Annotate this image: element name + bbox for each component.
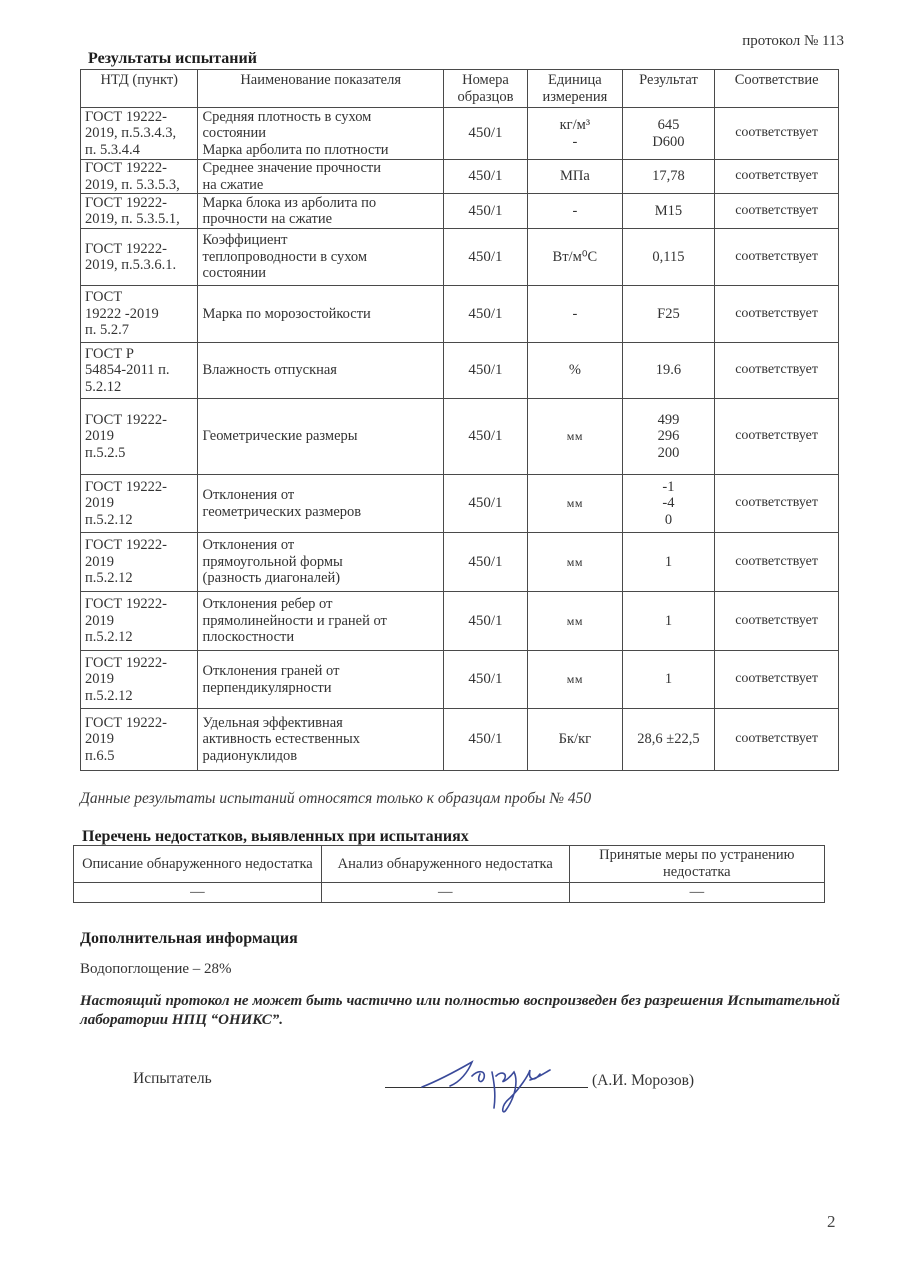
indicator-cell-line: Средняя плотность в сухом — [202, 109, 438, 126]
result-cell-line: -4 — [627, 495, 711, 512]
defects-cell: — — [569, 883, 824, 903]
ntd-cell-line: ГОСТ 19222- — [85, 160, 193, 177]
unit-cell: мм — [528, 475, 623, 533]
ntd-cell: ГОСТ 19222-2019п.5.2.12 — [81, 651, 198, 709]
indicator-cell-line: Коэффициент — [202, 232, 438, 249]
indicator-cell-line: активность естественных — [202, 731, 438, 748]
tester-name: (А.И. Морозов) — [592, 1072, 694, 1090]
defects-title: Перечень недостатков, выявленных при исп… — [82, 828, 469, 846]
indicator-cell-line: Отклонения граней от — [202, 663, 438, 680]
indicator-cell-line: состоянии — [202, 265, 438, 282]
indicator-cell: Марка блока из арболита попрочности на с… — [198, 194, 443, 229]
indicator-cell: Удельная эффективнаяактивность естествен… — [198, 709, 443, 771]
ntd-cell: ГОСТ19222 -2019п. 5.2.7 — [81, 286, 198, 343]
defects-col-description: Описание обнаруженного недостатка — [74, 846, 322, 883]
conformity-cell: соответствует — [715, 108, 839, 160]
sample-cell: 450/1 — [443, 108, 527, 160]
water-absorption: Водопоглощение – 28% — [80, 961, 232, 978]
indicator-cell: Геометрические размеры — [198, 399, 443, 475]
ntd-cell-line: 2019, п.5.3.4.3, — [85, 125, 193, 142]
col-ntd: НТД (пункт) — [81, 70, 198, 108]
ntd-cell-line: ГОСТ 19222- — [85, 195, 193, 212]
table-row: ГОСТ 19222-2019п.6.5Удельная эффективная… — [81, 709, 839, 771]
ntd-cell-line: п. 5.2.7 — [85, 322, 193, 339]
additional-info-title: Дополнительная информация — [80, 930, 298, 948]
result-cell: 1 — [622, 533, 715, 592]
table-row: ГОСТ 19222-2019, п. 5.3.5.3,Среднее знач… — [81, 160, 839, 194]
results-title: Результаты испытаний — [88, 50, 257, 68]
ntd-cell-line: п. 5.3.4.4 — [85, 142, 193, 159]
ntd-cell: ГОСТ 19222-2019п.5.2.12 — [81, 592, 198, 651]
indicator-cell-line: плоскостности — [202, 629, 438, 646]
indicator-cell: Среднее значение прочностина сжатие — [198, 160, 443, 194]
unit-cell: - — [528, 286, 623, 343]
unit-cell-line: - — [532, 134, 618, 151]
ntd-cell-line: 2019, п. 5.3.5.3, — [85, 177, 193, 194]
conformity-cell: соответствует — [715, 709, 839, 771]
indicator-cell-line: Отклонения ребер от — [202, 596, 438, 613]
result-cell: 1 — [622, 651, 715, 709]
indicator-cell: Влажность отпускная — [198, 343, 443, 399]
indicator-cell-line: Марка арболита по плотности — [202, 142, 438, 159]
table-row: ГОСТ 19222-2019, п. 5.3.5.1,Марка блока … — [81, 194, 839, 229]
ntd-cell-line: п.5.2.12 — [85, 629, 193, 646]
indicator-cell-line: Удельная эффективная — [202, 715, 438, 732]
indicator-cell-line: прочности на сжатие — [202, 211, 438, 228]
results-header-row: НТД (пункт) Наименование показателя Номе… — [81, 70, 839, 108]
ntd-cell-line: п.6.5 — [85, 748, 193, 765]
ntd-cell-line: ГОСТ 19222- — [85, 715, 193, 732]
indicator-cell-line: на сжатие — [202, 177, 438, 194]
result-cell: 645D600 — [622, 108, 715, 160]
signature-icon — [410, 1050, 580, 1120]
ntd-cell-line: ГОСТ 19222- — [85, 596, 193, 613]
conformity-cell: соответствует — [715, 475, 839, 533]
result-cell-line: 17,78 — [627, 168, 711, 185]
sample-cell: 450/1 — [443, 533, 527, 592]
unit-cell: мм — [528, 651, 623, 709]
page-number: 2 — [827, 1212, 836, 1232]
ntd-cell: ГОСТ 19222-2019п.5.2.5 — [81, 399, 198, 475]
sample-note: Данные результаты испытаний относятся то… — [80, 790, 591, 808]
conformity-cell: соответствует — [715, 592, 839, 651]
unit-cell-line: мм — [532, 428, 618, 445]
indicator-cell-line: состоянии — [202, 125, 438, 142]
defects-col-analysis: Анализ обнаруженного недостатка — [321, 846, 569, 883]
result-cell: 0,115 — [622, 229, 715, 286]
ntd-cell: ГОСТ 19222-2019, п. 5.3.5.3, — [81, 160, 198, 194]
conformity-cell: соответствует — [715, 160, 839, 194]
indicator-cell-line: перпендикулярности — [202, 680, 438, 697]
defects-header-row: Описание обнаруженного недостатка Анализ… — [74, 846, 825, 883]
ntd-cell-line: п.5.2.12 — [85, 570, 193, 587]
table-row: ГОСТ 19222-2019п.5.2.12Отклонения отпрям… — [81, 533, 839, 592]
sample-cell: 450/1 — [443, 229, 527, 286]
conformity-cell: соответствует — [715, 286, 839, 343]
indicator-cell-line: Отклонения от — [202, 487, 438, 504]
indicator-cell-line: геометрических размеров — [202, 504, 438, 521]
indicator-cell: Отклонения отгеометрических размеров — [198, 475, 443, 533]
unit-cell: мм — [528, 592, 623, 651]
result-cell-line: 0 — [627, 512, 711, 529]
indicator-cell-line: Среднее значение прочности — [202, 160, 438, 177]
result-cell: 19.6 — [622, 343, 715, 399]
table-row: ГОСТ Р54854-2011 п.5.2.12Влажность отпус… — [81, 343, 839, 399]
ntd-cell-line: 2019, п. 5.3.5.1, — [85, 211, 193, 228]
unit-cell-line: кг/м³ — [532, 117, 618, 134]
indicator-cell: Отклонения граней отперпендикулярности — [198, 651, 443, 709]
result-cell: -1-40 — [622, 475, 715, 533]
table-row: ГОСТ 19222-2019п.5.2.12Отклонения отгеом… — [81, 475, 839, 533]
indicator-cell-line: теплопроводности в сухом — [202, 249, 438, 266]
result-cell: М15 — [622, 194, 715, 229]
result-cell-line: 200 — [627, 445, 711, 462]
table-row: ГОСТ 19222-2019п.5.2.12Отклонения граней… — [81, 651, 839, 709]
result-cell-line: 19.6 — [627, 362, 711, 379]
indicator-cell: Коэффициенттеплопроводности в сухомсосто… — [198, 229, 443, 286]
disclaimer: Настоящий протокол не может быть частичн… — [80, 992, 840, 1030]
conformity-cell: соответствует — [715, 343, 839, 399]
defects-row: — — — — [74, 883, 825, 903]
protocol-number: протокол № 113 — [742, 33, 844, 50]
unit-cell-line: мм — [532, 554, 618, 571]
conformity-cell: соответствует — [715, 399, 839, 475]
indicator-cell: Марка по морозостойкости — [198, 286, 443, 343]
result-cell-line: 645 — [627, 117, 711, 134]
table-row: ГОСТ19222 -2019п. 5.2.7Марка по морозост… — [81, 286, 839, 343]
col-conformity: Соответствие — [715, 70, 839, 108]
result-cell-line: 1 — [627, 554, 711, 571]
unit-cell-line: МПа — [532, 168, 618, 185]
ntd-cell: ГОСТ 19222-2019п.6.5 — [81, 709, 198, 771]
unit-cell-line: - — [532, 203, 618, 220]
sample-cell: 450/1 — [443, 160, 527, 194]
ntd-cell-line: 5.2.12 — [85, 379, 193, 396]
sample-cell: 450/1 — [443, 709, 527, 771]
defects-cell: — — [321, 883, 569, 903]
table-row: ГОСТ 19222-2019п.5.2.12Отклонения ребер … — [81, 592, 839, 651]
indicator-cell-line: Отклонения от — [202, 537, 438, 554]
ntd-cell: ГОСТ 19222-2019п.5.2.12 — [81, 475, 198, 533]
unit-cell-line: Бк/кг — [532, 731, 618, 748]
ntd-cell-line: 2019 — [85, 554, 193, 571]
result-cell: F25 — [622, 286, 715, 343]
conformity-cell: соответствует — [715, 651, 839, 709]
ntd-cell: ГОСТ 19222-2019, п.5.3.6.1. — [81, 229, 198, 286]
sample-cell: 450/1 — [443, 475, 527, 533]
indicator-cell: Отклонения отпрямоугольной формы(разност… — [198, 533, 443, 592]
indicator-cell: Средняя плотность в сухомсостоянииМарка … — [198, 108, 443, 160]
unit-cell-line: % — [532, 362, 618, 379]
result-cell-line: 0,115 — [627, 249, 711, 266]
indicator-cell-line: (разность диагоналей) — [202, 570, 438, 587]
ntd-cell-line: 2019 — [85, 495, 193, 512]
ntd-cell: ГОСТ 19222-2019, п.5.3.4.3, п. 5.3.4.4 — [81, 108, 198, 160]
defects-col-measures: Принятые меры по устранению недостатка — [569, 846, 824, 883]
ntd-cell-line: 2019, п.5.3.6.1. — [85, 257, 193, 274]
result-cell: 28,6 ±22,5 — [622, 709, 715, 771]
indicator-cell-line: радионуклидов — [202, 748, 438, 765]
unit-cell-line: мм — [532, 495, 618, 512]
sample-cell: 450/1 — [443, 194, 527, 229]
unit-cell-line: мм — [532, 671, 618, 688]
unit-cell: мм — [528, 399, 623, 475]
sample-cell: 450/1 — [443, 399, 527, 475]
defects-table: Описание обнаруженного недостатка Анализ… — [73, 845, 825, 903]
unit-cell: Бк/кг — [528, 709, 623, 771]
conformity-cell: соответствует — [715, 229, 839, 286]
conformity-cell: соответствует — [715, 194, 839, 229]
result-cell-line: 1 — [627, 613, 711, 630]
col-result: Результат — [622, 70, 715, 108]
result-cell-line: -1 — [627, 479, 711, 496]
ntd-cell-line: ГОСТ 19222- — [85, 537, 193, 554]
result-cell-line: 499 — [627, 412, 711, 429]
result-cell-line: 296 — [627, 428, 711, 445]
col-sample: Номера образцов — [443, 70, 527, 108]
ntd-cell-line: п.5.2.12 — [85, 512, 193, 529]
unit-cell: кг/м³- — [528, 108, 623, 160]
results-table: НТД (пункт) Наименование показателя Номе… — [80, 69, 839, 771]
ntd-cell-line: ГОСТ — [85, 289, 193, 306]
ntd-cell-line: ГОСТ 19222- — [85, 412, 193, 429]
result-cell-line: М15 — [627, 203, 711, 220]
unit-cell-line: мм — [532, 613, 618, 630]
unit-cell: Вт/м⁰С — [528, 229, 623, 286]
unit-cell: мм — [528, 533, 623, 592]
ntd-cell: ГОСТ 19222-2019п.5.2.12 — [81, 533, 198, 592]
sample-cell: 450/1 — [443, 343, 527, 399]
result-cell: 17,78 — [622, 160, 715, 194]
sample-cell: 450/1 — [443, 651, 527, 709]
unit-cell: МПа — [528, 160, 623, 194]
tester-label: Испытатель — [133, 1070, 212, 1088]
defects-cell: — — [74, 883, 322, 903]
ntd-cell-line: 2019 — [85, 671, 193, 688]
result-cell-line: 1 — [627, 671, 711, 688]
sample-cell: 450/1 — [443, 286, 527, 343]
ntd-cell-line: ГОСТ Р — [85, 346, 193, 363]
ntd-cell-line: ГОСТ 19222- — [85, 109, 193, 126]
unit-cell-line: - — [532, 306, 618, 323]
ntd-cell: ГОСТ 19222-2019, п. 5.3.5.1, — [81, 194, 198, 229]
result-cell: 499296200 — [622, 399, 715, 475]
sample-cell: 450/1 — [443, 592, 527, 651]
ntd-cell-line: 54854-2011 п. — [85, 362, 193, 379]
unit-cell: % — [528, 343, 623, 399]
ntd-cell-line: 2019 — [85, 613, 193, 630]
unit-cell-line: Вт/м⁰С — [532, 249, 618, 266]
ntd-cell-line: 19222 -2019 — [85, 306, 193, 323]
result-cell-line: 28,6 ±22,5 — [627, 731, 711, 748]
table-row: ГОСТ 19222-2019, п.5.3.4.3, п. 5.3.4.4Ср… — [81, 108, 839, 160]
ntd-cell-line: ГОСТ 19222- — [85, 241, 193, 258]
table-row: ГОСТ 19222-2019, п.5.3.6.1.Коэффициентте… — [81, 229, 839, 286]
result-cell: 1 — [622, 592, 715, 651]
indicator-cell-line: прямолинейности и граней от — [202, 613, 438, 630]
col-name: Наименование показателя — [198, 70, 443, 108]
indicator-cell-line: Геометрические размеры — [202, 428, 438, 445]
ntd-cell-line: п.5.2.5 — [85, 445, 193, 462]
ntd-cell-line: п.5.2.12 — [85, 688, 193, 705]
result-cell-line: F25 — [627, 306, 711, 323]
ntd-cell-line: 2019 — [85, 428, 193, 445]
indicator-cell-line: Влажность отпускная — [202, 362, 438, 379]
ntd-cell-line: ГОСТ 19222- — [85, 655, 193, 672]
unit-cell: - — [528, 194, 623, 229]
table-row: ГОСТ 19222-2019п.5.2.5Геометрические раз… — [81, 399, 839, 475]
col-unit: Единица измерения — [528, 70, 623, 108]
ntd-cell-line: ГОСТ 19222- — [85, 479, 193, 496]
indicator-cell-line: прямоугольной формы — [202, 554, 438, 571]
conformity-cell: соответствует — [715, 533, 839, 592]
ntd-cell: ГОСТ Р54854-2011 п.5.2.12 — [81, 343, 198, 399]
ntd-cell-line: 2019 — [85, 731, 193, 748]
indicator-cell-line: Марка блока из арболита по — [202, 195, 438, 212]
indicator-cell: Отклонения ребер отпрямолинейности и гра… — [198, 592, 443, 651]
result-cell-line: D600 — [627, 134, 711, 151]
indicator-cell-line: Марка по морозостойкости — [202, 306, 438, 323]
